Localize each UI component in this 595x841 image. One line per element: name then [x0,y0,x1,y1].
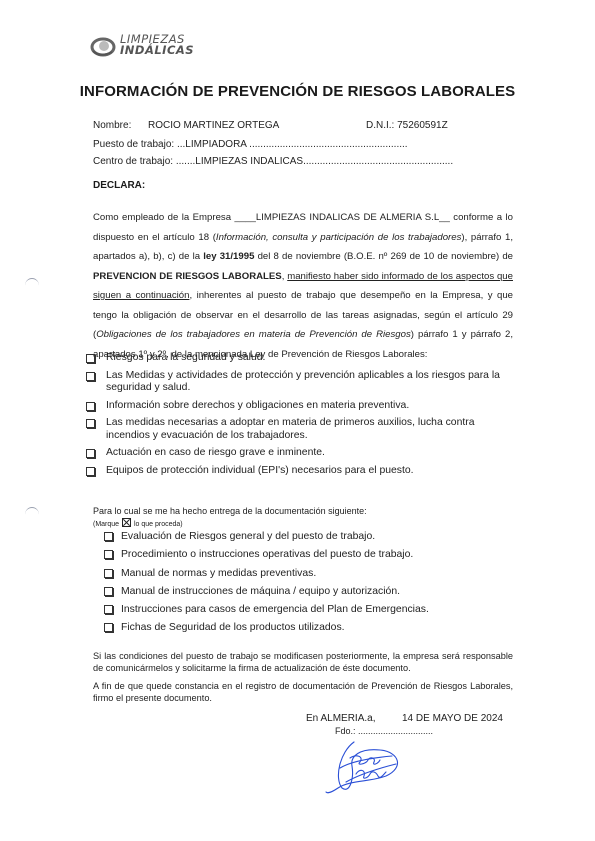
delivery-intro: Para lo cual se me ha hecho entrega de l… [93,506,367,516]
marque-instruction: (Marque lo que proceda) [93,518,183,528]
checkbox-icon[interactable] [86,354,95,363]
document-title: INFORMACIÓN DE PREVENCIÓN DE RIESGOS LAB… [0,83,595,100]
aspect-item: Riesgos para la seguridad y salud. [86,352,516,365]
document-text: Procedimiento o instrucciones operativas… [121,549,413,560]
declaration-paragraph: Como empleado de la Empresa ____LIMPIEZA… [93,208,513,364]
checkbox-icon[interactable] [104,550,113,559]
marque-text: lo que proceda) [134,521,183,528]
document-text: Instrucciones para casos de emergencia d… [121,604,429,615]
checkbox-icon[interactable] [104,605,113,614]
signature-place: En ALMERIA.a, [306,713,375,724]
logo-line-2: INDÁLICAS [120,45,194,56]
aspect-item: Actuación en caso de riesgo grave e inmi… [86,447,516,460]
document-text: Manual de normas y medidas preventivas. [121,568,316,579]
checkbox-icon[interactable] [104,532,113,541]
document-item: Fichas de Seguridad de los productos uti… [104,621,504,639]
aspect-item: Información sobre derechos y obligacione… [86,400,516,413]
declara-heading: DECLARA: [93,180,145,191]
para-bold: ley 31/1995 [203,251,254,262]
dni-field: D.N.I.: 75260591Z [366,120,448,131]
document-item: Manual de normas y medidas preventivas. [104,567,504,585]
handwritten-signature-icon [320,738,410,796]
nombre-value: ROCIO MARTINEZ ORTEGA [148,120,279,131]
marque-text: (Marque [93,521,119,528]
company-logo-text: LIMPIEZAS INDÁLICAS [120,34,194,56]
checkbox-icon[interactable] [104,587,113,596]
aspect-text: Las Medidas y actividades de protección … [106,370,500,394]
para-italic: Obligaciones de los trabajadores en mate… [96,329,411,340]
punch-hole-mark [25,278,39,293]
centro-field: Centro de trabajo: .......LIMPIEZAS INDA… [93,156,453,167]
signature-fdo: Fdo.: .............................. [335,726,433,736]
para-text: del 8 de noviembre (B.O.E. nº 269 de 10 … [254,251,513,262]
document-item: Procedimiento o instrucciones operativas… [104,548,504,566]
aspect-item: Las medidas necesarias a adoptar en mate… [86,417,516,442]
checkbox-icon[interactable] [86,419,95,428]
aspect-item: Equipos de protección individual (EPI's)… [86,465,516,478]
closing-paragraph-2: A fin de que quede constancia en el regi… [93,681,513,704]
punch-hole-mark [25,507,39,522]
company-logo-icon [90,36,118,58]
document-item: Evaluación de Riesgos general y del pues… [104,530,504,548]
checkbox-icon[interactable] [104,623,113,632]
closing-paragraph-1: Si las condiciones del puesto de trabajo… [93,651,513,674]
puesto-field: Puesto de trabajo: ...LIMPIADORA .......… [93,139,408,150]
checkbox-icon[interactable] [86,467,95,476]
signature-date: 14 DE MAYO DE 2024 [402,713,503,724]
checkbox-icon[interactable] [86,402,95,411]
document-item: Instrucciones para casos de emergencia d… [104,603,504,621]
checkbox-icon[interactable] [86,449,95,458]
para-italic: Información, consulta y participación de… [216,232,461,243]
document-text: Evaluación de Riesgos general y del pues… [121,531,375,542]
aspects-list: Riesgos para la seguridad y salud. Las M… [86,352,516,482]
documents-list: Evaluación de Riesgos general y del pues… [104,530,504,640]
para-bold: PREVENCION DE RIESGOS LABORALES [93,271,282,282]
nombre-label: Nombre: [93,120,131,131]
aspect-text: Información sobre derechos y obligacione… [106,400,409,411]
checked-box-icon [122,518,131,527]
document-text: Fichas de Seguridad de los productos uti… [121,622,345,633]
checkbox-icon[interactable] [104,569,113,578]
company-logo: LIMPIEZAS INDÁLICAS [90,34,230,64]
document-item: Manual de instrucciones de máquina / equ… [104,585,504,603]
aspect-text: Actuación en caso de riesgo grave e inmi… [106,447,325,458]
aspect-text: Las medidas necesarias a adoptar en mate… [106,417,475,441]
aspect-text: Equipos de protección individual (EPI's)… [106,465,414,476]
aspect-item: Las Medidas y actividades de protección … [86,370,516,395]
document-text: Manual de instrucciones de máquina / equ… [121,586,400,597]
checkbox-icon[interactable] [86,372,95,381]
aspect-text: Riesgos para la seguridad y salud. [106,352,265,363]
